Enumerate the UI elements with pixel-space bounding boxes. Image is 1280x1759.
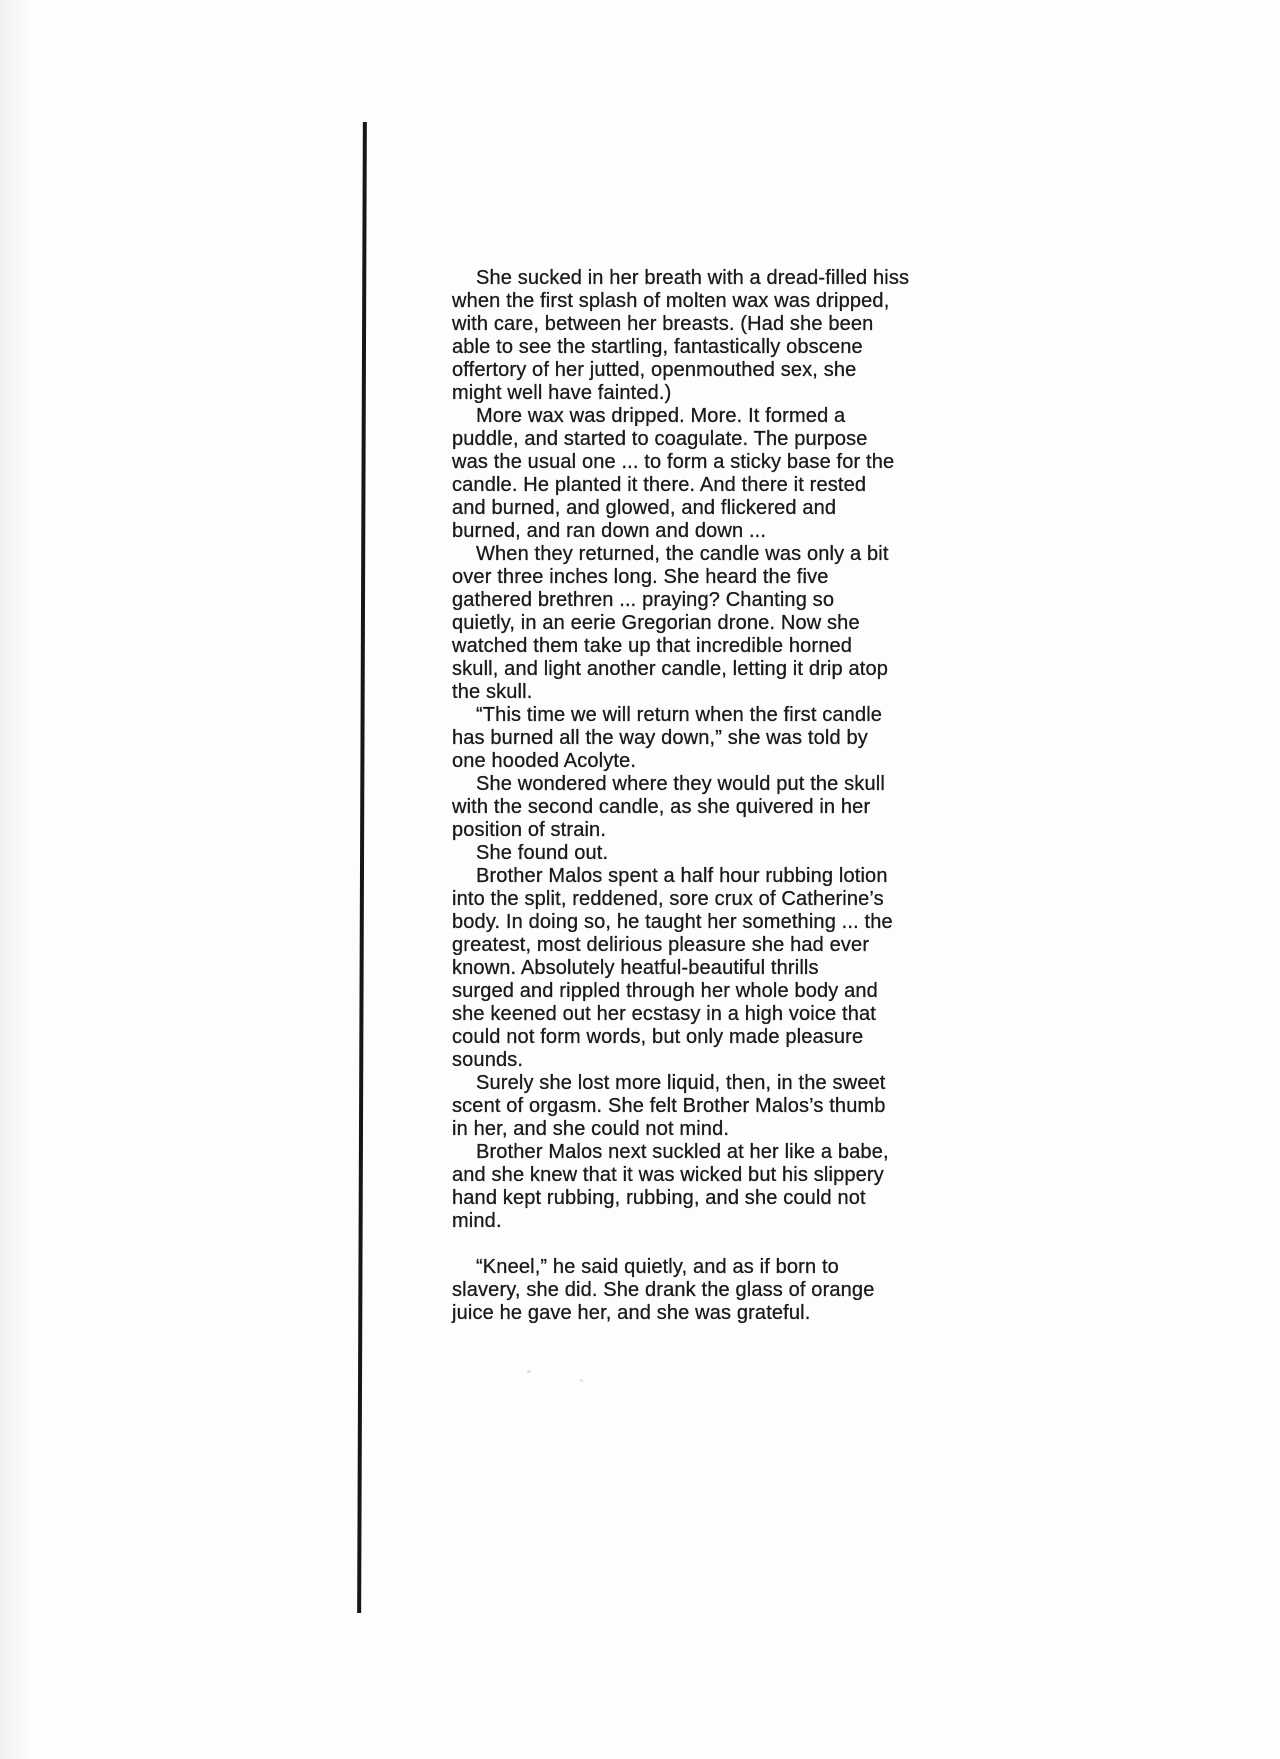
margin-rule (357, 122, 367, 1613)
paragraph: Brother Malos next suckled at her like a… (452, 1141, 992, 1233)
book-page: She sucked in her breath with a dread-fi… (0, 0, 1280, 1759)
scan-speck (527, 1370, 531, 1373)
paragraph: “This time we will return when the first… (452, 704, 992, 773)
paragraph: She found out. (452, 842, 992, 865)
paragraph: Brother Malos spent a half hour rubbing … (452, 865, 992, 1072)
paragraph: When they returned, the candle was only … (452, 543, 992, 704)
paragraph: She sucked in her breath with a dread-fi… (452, 267, 992, 405)
paragraph: More wax was dripped. More. It formed a … (452, 405, 992, 543)
scan-speck (580, 1379, 583, 1382)
paragraph: Surely she lost more liquid, then, in th… (452, 1072, 992, 1141)
body-text-column: She sucked in her breath with a dread-fi… (452, 267, 992, 1325)
paragraph: She wondered where they would put the sk… (452, 773, 992, 842)
scan-edge-shade (0, 0, 30, 1759)
paragraph: “Kneel,” he said quietly, and as if born… (452, 1256, 992, 1325)
